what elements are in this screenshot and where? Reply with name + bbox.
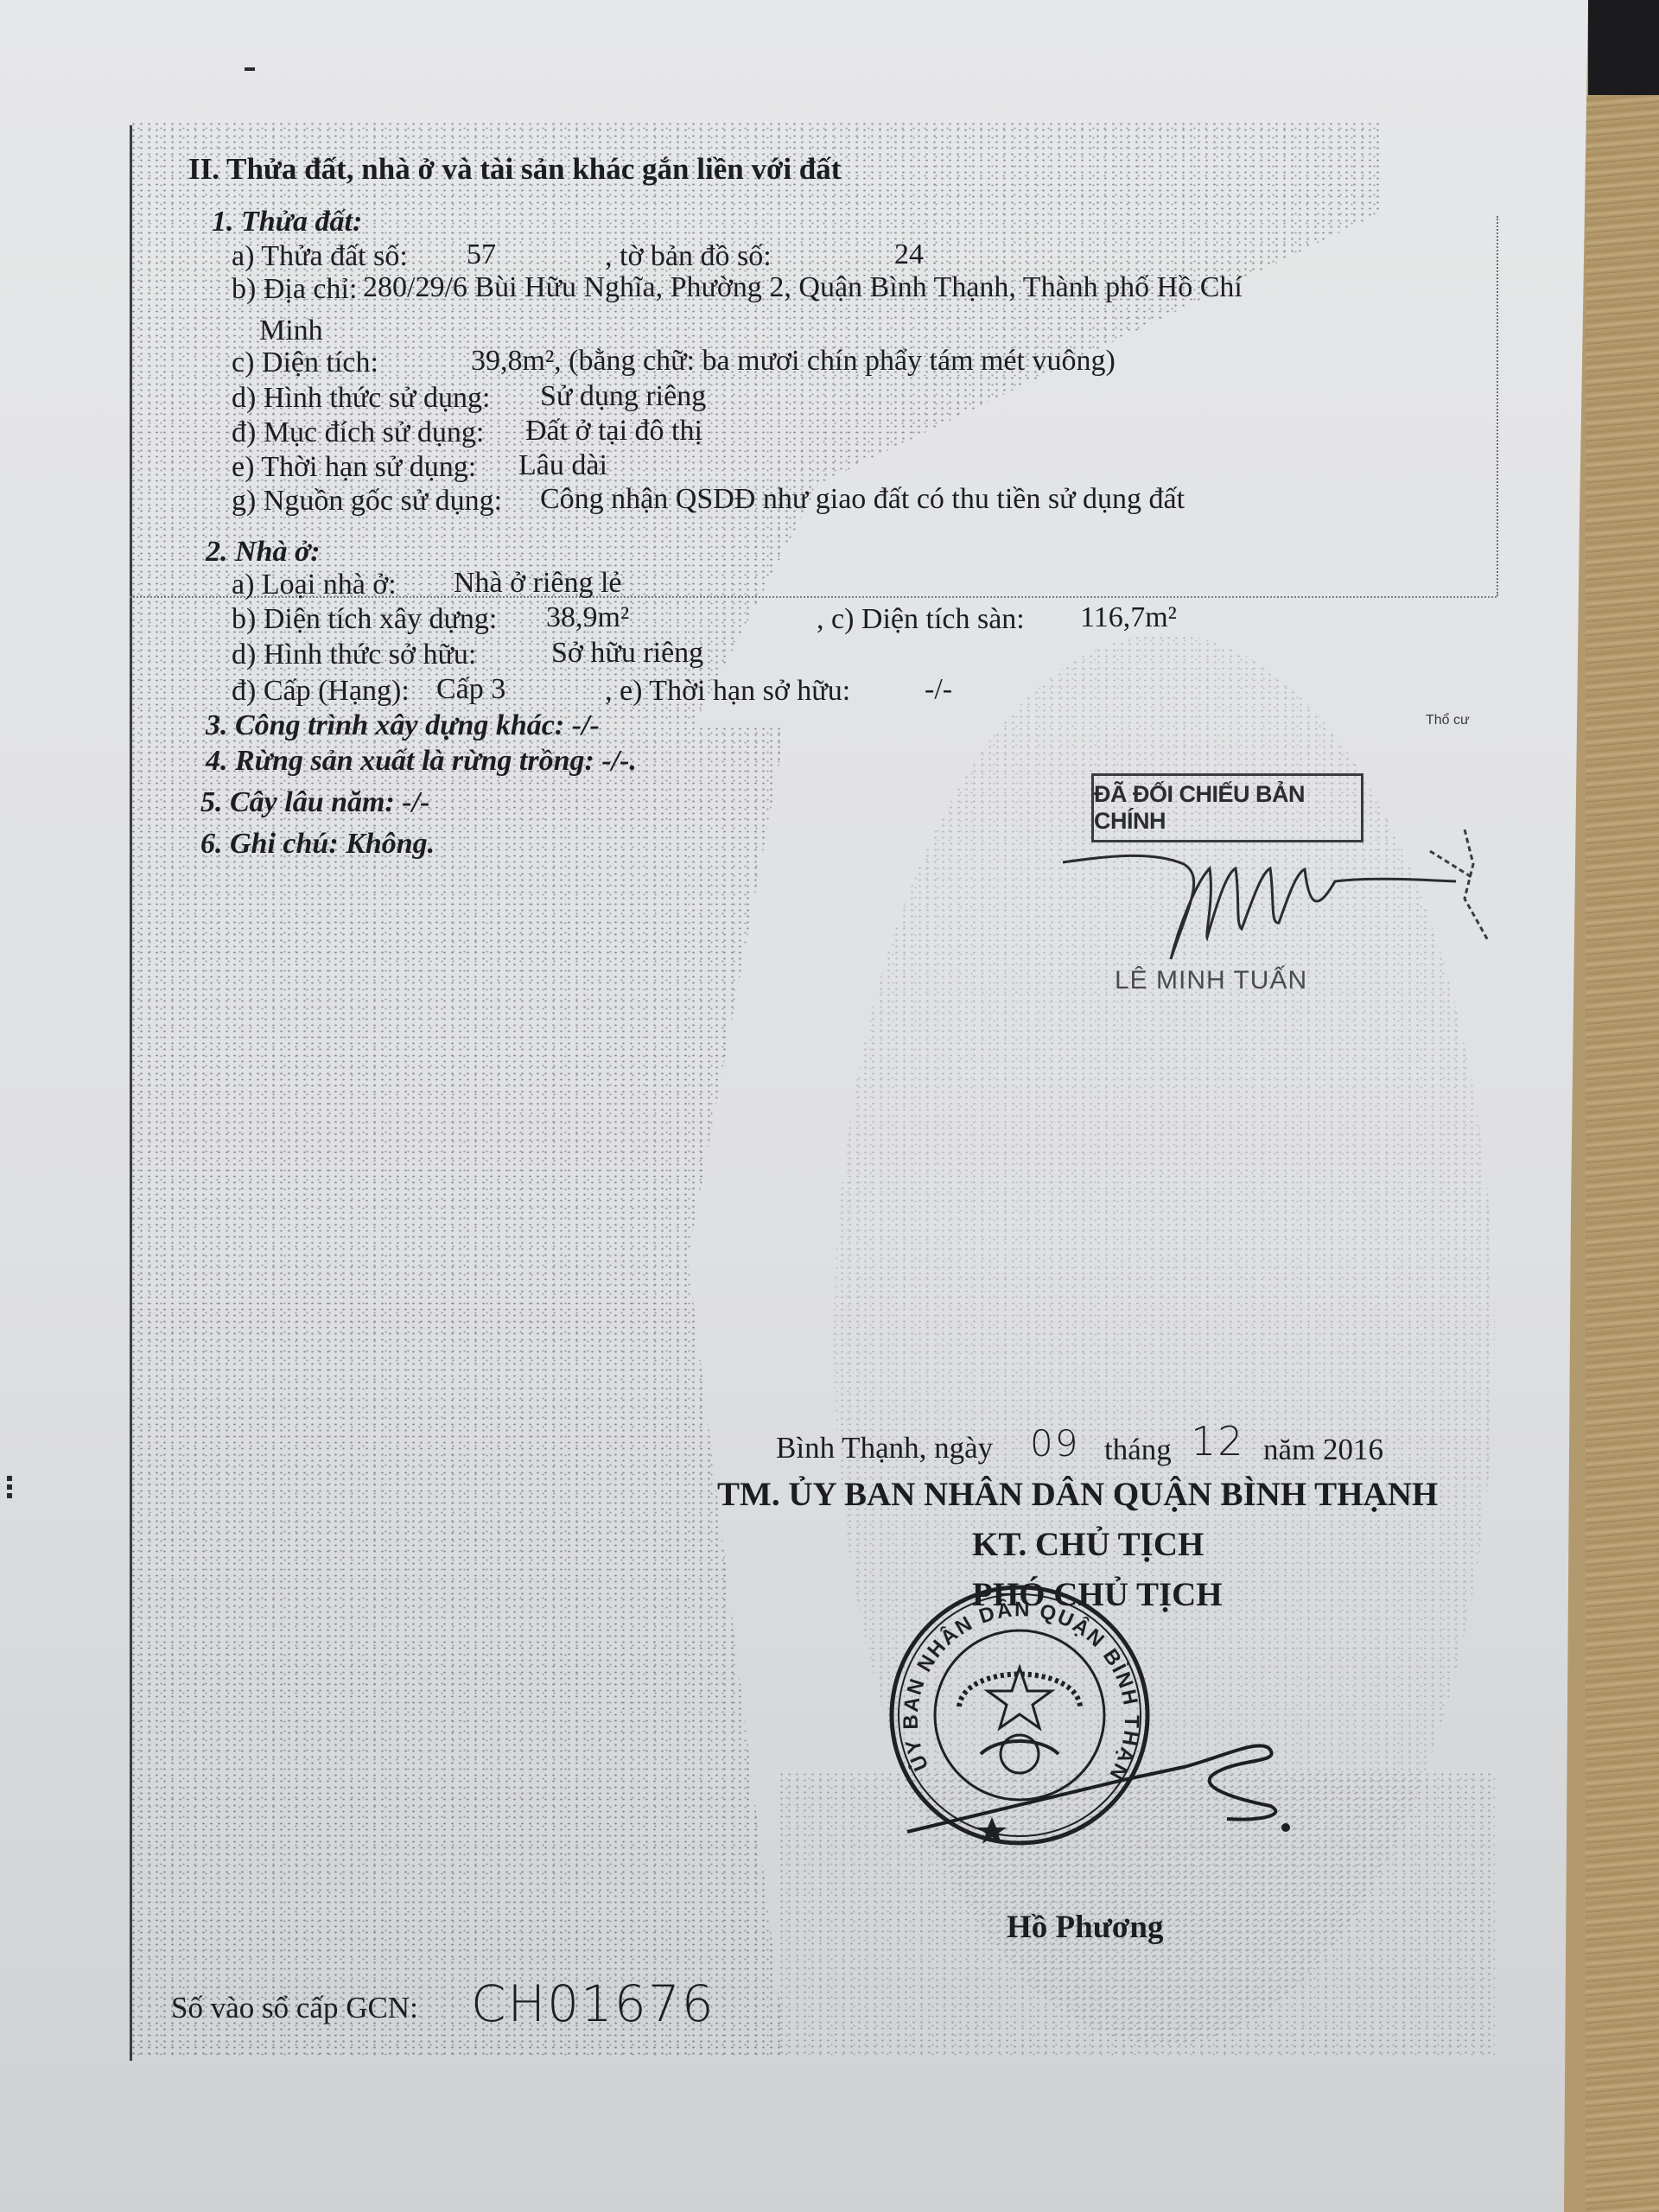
area-label: c) Diện tích: [232,348,378,378]
place-date-prefix: Bình Thạnh, ngày [776,1433,993,1463]
registry-number: CH01676 [471,1979,715,2029]
desk-background-dark [1588,0,1659,95]
address-line-2: Minh [259,316,323,346]
use-purpose-label: đ) Mục đích sử dụng: [232,418,484,448]
house-type-label: a) Loại nhà ở: [232,570,397,600]
build-area-label: b) Diện tích xây dựng: [232,605,497,634]
notes: 6. Ghi chú: Không. [200,829,435,859]
desk-background-wood [1586,95,1659,2212]
certified-copy-stamp-text: ĐÃ ĐỐI CHIẾU BẢN CHÍNH [1094,781,1361,835]
svg-text:ỦY BAN NHÂN DÂN QUẬN BÌNH THẠN: ỦY BAN NHÂN DÂN QUẬN BÌNH THẠNH T.P HỒ C… [877,1577,1143,1785]
certified-copy-stamp: ĐÃ ĐỐI CHIẾU BẢN CHÍNH [1091,773,1363,842]
floor-area-value: 116,7m² [1080,603,1177,632]
map-sheet-number: 24 [894,240,924,270]
issuing-authority: TM. ỦY BAN NHÂN DÂN QUẬN BÌNH THẠNH [717,1478,1438,1511]
use-purpose-value: Đất ở tại đô thị [525,416,702,446]
floor-area-label: , c) Diện tích sàn: [817,605,1025,634]
land-certificate-page: II. Thửa đất, nhà ở và tài sản khác gắn … [0,0,1590,2212]
on-behalf-of: KT. CHỦ TỊCH [972,1528,1204,1561]
perennial-trees: 5. Cây lâu năm: -/- [200,788,429,817]
build-area-value: 38,9m² [546,603,629,632]
official-seal: ỦY BAN NHÂN DÂN QUẬN BÌNH THẠNH T.P HỒ C… [877,1577,1162,1849]
origin-value: Công nhận QSDĐ như giao đất có thu tiền … [540,485,1185,514]
own-term-label: , e) Thời hạn sở hữu: [605,677,850,706]
seal-text: ỦY BAN NHÂN DÂN QUẬN BÌNH THẠNH T.P HỒ C… [877,1577,1143,1785]
house-type-value: Nhà ở riêng lẻ [454,569,622,598]
certifier-signature [1058,829,1508,985]
other-construction: 3. Công trình xây dựng khác: -/- [206,711,600,741]
ownership-label: d) Hình thức sở hữu: [232,640,476,670]
punch-mark [7,1476,12,1500]
use-term-value: Lâu dài [518,451,607,480]
area-value: 39,8m², (bằng chữ: ba mươi chín phẩy tám… [471,346,1116,376]
certifier-name: LÊ MINH TUẤN [1115,966,1307,995]
house-heading: 2. Nhà ở: [206,537,321,567]
month-label: tháng [1104,1434,1172,1465]
ownership-value: Sở hữu riêng [551,639,703,668]
use-term-label: e) Thời hạn sử dụng: [232,453,476,482]
signer-name: Hồ Phương [1007,1911,1163,1943]
issue-month: 12 [1191,1421,1245,1461]
use-form-value: Sử dụng riêng [540,382,706,411]
address-line-1: 280/29/6 Bùi Hữu Nghĩa, Phường 2, Quận B… [363,273,1243,302]
use-form-label: d) Hình thức sử dụng: [232,384,490,413]
registry-label: Số vào sổ cấp GCN: [171,1993,418,2023]
parcel-number: 57 [467,240,496,270]
year-label: năm 2016 [1263,1434,1383,1465]
issue-day: 09 [1030,1426,1079,1462]
grade-value: Cấp 3 [436,675,505,704]
map-sheet-label: , tờ bản đồ số: [605,242,772,271]
origin-label: g) Nguồn gốc sử dụng: [232,486,502,516]
section-title: II. Thửa đất, nhà ở và tài sản khác gắn … [188,154,841,184]
land-heading: 1. Thửa đất: [212,207,362,237]
parcel-label: a) Thửa đất số: [232,242,408,271]
margin-mark [245,67,255,71]
margin-note: Thổ cư [1426,713,1470,728]
grade-label: đ) Cấp (Hạng): [232,677,410,706]
production-forest: 4. Rừng sản xuất là rừng trồng: -/-. [206,747,637,776]
own-term-value: -/- [925,675,952,704]
address-label: b) Địa chỉ: [232,275,357,304]
